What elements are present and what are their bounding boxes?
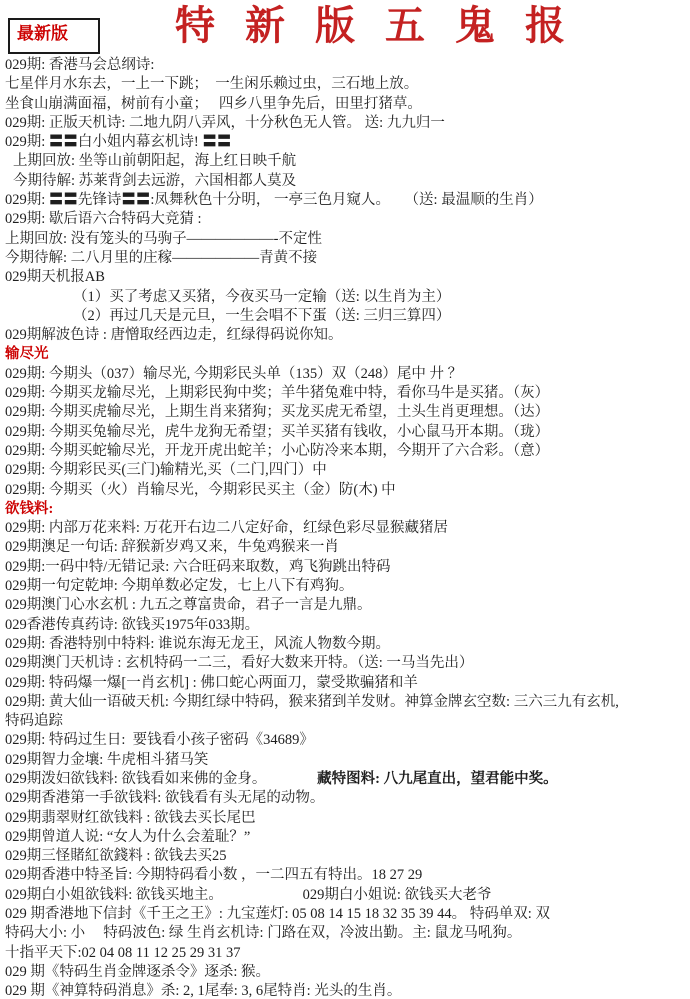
text-line: 029期翡翠财红欲钱料 : 欲钱去买长尾巴 [5,809,690,828]
text-line: 上期回放: 坐等山前朝阳起，海上红日映千航 [5,152,690,171]
line-text: 坐食山崩满面福，树前有小童； 四乡八里争先后，田里打猪草。 [5,96,422,112]
line-text: 029期香港中特圣旨: 今期特码看小数 ，一二四五有特出。18 27 29 [5,867,422,883]
text-line: 029期: 今期买龙输尽光，上期彩民狗中奖；羊牛猪兔难中特，看你马牛是买猪。（灰… [5,384,690,403]
line-text: 029 期《特码生肖金牌逐杀令》逐杀: 猴。 [5,964,270,980]
text-line: 029 期《神算特码消息》杀: 2, 1尾奉: 3, 6尾特肖: 光头的生肖。 [5,982,690,999]
latest-edition-badge: 最新版 [8,18,100,54]
text-line: 029期: 今期买虎输尽光，上期生肖来猪狗；买龙买虎无希望，土头生肖更理想。（达… [5,403,690,422]
line-text: 特码追踪 [5,713,63,729]
line-text: 029期: 特码爆一爆[一肖玄机] : 佛口蛇心两面刀，蒙受欺骗猪和羊 [5,675,418,691]
line-text: 029期泼妇欲钱料: 欲钱看如来佛的金身。 [5,771,317,787]
line-text: 输尽光 [5,346,49,362]
line-text: 上期回放: 坐等山前朝阳起，海上红日映千航 [13,153,296,169]
line-text: 029期: 今期头（037）输尽光, 今期彩民头单（135）双（248）尾中 廾… [5,366,462,382]
line-text: 029期: 今期买兔输尽光，虎牛龙狗无希望；买羊买猪有钱收，小心鼠马开本期。（珑… [5,424,549,440]
line-text: 十指平天下:02 04 08 11 12 25 29 31 37 [5,945,241,961]
text-line: 七星伴月水东去，一上一下跳； 一生闲乐赖过虫，三石地上放。 [5,75,690,94]
line-text: （1）买了考虑又买猪，今夜买马一定输（送: 以生肖为主） [73,289,450,305]
text-line: 029期: 今期买（火）肖输尽光，今期彩民买主（金）防(木) 中 [5,481,690,500]
text-line: 029期: 香港马会总纲诗: [5,56,690,75]
text-line: 029期香港第一手欲钱料: 欲钱看有头无尾的动物。 [5,789,690,808]
text-line: 坐食山崩满面福，树前有小童； 四乡八里争先后，田里打猪草。 [5,95,690,114]
text-line: 029期澳门天机诗 : 玄机特码一二三，看好大数来开特。（送: 一马当先出） [5,654,690,673]
text-line: 029期一句定乾坤: 今期单数必定发，七上八下有鸡狗。 [5,577,690,596]
text-line: 029期: 今期头（037）输尽光, 今期彩民头单（135）双（248）尾中 廾… [5,365,690,384]
line-text: 029期澳门心水玄机 : 九五之尊富贵命，君子一言是九鼎。 [5,597,372,613]
text-line: 029期: 〓〓先锋诗〓〓:凤舞秋色十分明， 一亭三色月窥人。 （送: 最温顺的… [5,191,690,210]
line-text: 上期回放: 没有笼头的马驹子——————-不定性 [5,231,322,247]
text-line: 029期天机报AB [5,268,690,287]
text-line: 029期解波色诗 : 唐憎取经西边走，红绿得码说你知。 [5,326,690,345]
text-line: 029期泼妇欲钱料: 欲钱看如来佛的金身。 藏特图料: 八九尾直出，望君能中奖。 [5,770,690,789]
text-line: 029 期香港地下信封《千王之王》: 九宝莲灯: 05 08 14 15 18 … [5,905,690,924]
text-line: 029期:一码中特/无错记录: 六合旺码来取数，鸡飞狗跳出特码 [5,558,690,577]
text-line: 今期待解: 二八月里的庄稼——————青黄不接 [5,249,690,268]
text-line: 029期: 特码过生日: 要钱看小孩子密码《34689》 [5,731,690,750]
text-line: 029期: 今期买兔输尽光，虎牛龙狗无希望；买羊买猪有钱收，小心鼠马开本期。（珑… [5,423,690,442]
text-line: （2）再过几天是元旦，一生会唱不下蛋（送: 三归三算四） [5,307,690,326]
line-text: 029期: 香港马会总纲诗: [5,57,154,73]
text-line: （1）买了考虑又买猪，今夜买马一定输（送: 以生肖为主） [5,288,690,307]
line-text: 029期: 今期彩民买(三门)输精光,买（二门,四门）中 [5,462,327,478]
line-text: 029期解波色诗 : 唐憎取经西边走，红绿得码说你知。 [5,327,343,343]
text-line: 029期: 内部万花来料: 万花开右边二八定好命，红绿色彩尽显猴藏猪居 [5,519,690,538]
line-text: 029香港传真药诗: 欲钱买1975年033期。 [5,617,259,633]
text-line: 029期曾道人说: “女人为什么会羞耻？” [5,828,690,847]
line-text: 029期澳门天机诗 : 玄机特码一二三，看好大数来开特。（送: 一马当先出） [5,655,473,671]
line-text-bold: 藏特图料: 八九尾直出，望君能中奖。 [317,771,557,787]
line-text: 029期: 内部万花来料: 万花开右边二八定好命，红绿色彩尽显猴藏猪居 [5,520,448,536]
line-text: 今期待解: 二八月里的庄稼——————青黄不接 [5,250,317,266]
page-header: 最新版 特 新 版 五 鬼 报 [0,0,690,54]
line-text: 029期曾道人说: “女人为什么会羞耻？” [5,829,250,845]
text-line: 029香港传真药诗: 欲钱买1975年033期。 [5,616,690,635]
line-text: 029期白小姐欲钱料: 欲钱买地主。 029期白小姐说: 欲钱买大老爷 [5,887,492,903]
line-text: 029期一句定乾坤: 今期单数必定发，七上八下有鸡狗。 [5,578,353,594]
text-line: 029期三怪賭紅欲錢料 : 欲钱去买25 [5,847,690,866]
line-text: 029期: 〓〓白小姐内幕玄机诗! 〓〓 [5,134,231,150]
section-heading: 欲钱料: [5,500,690,519]
line-text: 029期天机报AB [5,269,105,285]
text-line: 特码大小: 小 特码波色: 绿 生肖玄机诗: 门路在双，冷波出勤。主: 鼠龙马吼… [5,924,690,943]
line-text: 特码大小: 小 特码波色: 绿 生肖玄机诗: 门路在双，冷波出勤。主: 鼠龙马吼… [5,925,521,941]
text-line: 029期澳足一句话: 辞猴新岁鸡又来，牛兔鸡猴来一肖 [5,538,690,557]
content-body: 029期: 香港马会总纲诗:七星伴月水东去，一上一下跳； 一生闲乐赖过虫，三石地… [0,54,690,999]
line-text: 029期: 今期买龙输尽光，上期彩民狗中奖；羊牛猪兔难中特，看你马牛是买猪。（灰… [5,385,549,401]
text-line: 今期待解: 苏莱背剑去远游，六国相都人莫及 [5,172,690,191]
text-line: 029期: 歇后语六合特码大竞猜 : [5,210,690,229]
line-text: 029期: 今期买（火）肖输尽光，今期彩民买主（金）防(木) 中 [5,482,396,498]
line-text: 029期:一码中特/无错记录: 六合旺码来取数，鸡飞狗跳出特码 [5,559,390,575]
line-text: 029期: 歇后语六合特码大竞猜 : [5,211,202,227]
line-text: 029 期《神算特码消息》杀: 2, 1尾奉: 3, 6尾特肖: 光头的生肖。 [5,983,401,999]
line-text: 029期: 今期买虎输尽光，上期生肖来猪狗；买龙买虎无希望，土头生肖更理想。（达… [5,404,549,420]
line-text: 029期翡翠财红欲钱料 : 欲钱去买长尾巴 [5,810,256,826]
text-line: 029期: 〓〓白小姐内幕玄机诗! 〓〓 [5,133,690,152]
line-text: 029期: 特码过生日: 要钱看小孩子密码《34689》 [5,732,314,748]
text-line: 029期白小姐欲钱料: 欲钱买地主。 029期白小姐说: 欲钱买大老爷 [5,886,690,905]
line-text: 七星伴月水东去，一上一下跳； 一生闲乐赖过虫，三石地上放。 [5,76,418,92]
text-line: 029期香港中特圣旨: 今期特码看小数 ，一二四五有特出。18 27 29 [5,866,690,885]
line-text: 029期: 〓〓先锋诗〓〓:凤舞秋色十分明， 一亭三色月窥人。 （送: 最温顺的… [5,192,543,208]
line-text: 029期澳足一句话: 辞猴新岁鸡又来，牛兔鸡猴来一肖 [5,539,339,555]
section-heading: 输尽光 [5,345,690,364]
text-line: 029期: 今期买蛇输尽光，开龙开虎出蛇羊；小心防冷来本期，今期开了六合彩。（意… [5,442,690,461]
line-text: 029期: 正版天机诗: 二地九阴八弄风，十分秋色无人管。 送: 九九归一 [5,115,445,131]
text-line: 029期: 黄大仙一语破天机: 今期红绿中特码，猴来猪到羊发财。神算金牌玄空数:… [5,693,690,712]
text-line: 特码追踪 [5,712,690,731]
line-text: 029期: 今期买蛇输尽光，开龙开虎出蛇羊；小心防冷来本期，今期开了六合彩。（意… [5,443,549,459]
text-line: 029期智力金壤: 牛虎相斗猪马笑 [5,751,690,770]
text-line: 029期: 正版天机诗: 二地九阴八弄风，十分秋色无人管。 送: 九九归一 [5,114,690,133]
line-text: 欲钱料: [5,501,53,517]
text-line: 029期: 特码爆一爆[一肖玄机] : 佛口蛇心两面刀，蒙受欺骗猪和羊 [5,674,690,693]
line-text: （2）再过几天是元旦，一生会唱不下蛋（送: 三归三算四） [73,308,450,324]
line-text: 029期香港第一手欲钱料: 欲钱看有头无尾的动物。 [5,790,324,806]
line-text: 029期智力金壤: 牛虎相斗猪马笑 [5,752,208,768]
line-text: 029期三怪賭紅欲錢料 : 欲钱去买25 [5,848,227,864]
text-line: 029期: 今期彩民买(三门)输精光,买（二门,四门）中 [5,461,690,480]
line-text: 今期待解: 苏莱背剑去远游，六国相都人莫及 [13,173,296,189]
text-line: 029 期《特码生肖金牌逐杀令》逐杀: 猴。 [5,963,690,982]
line-text: 029期: 香港特别中特料: 谁说东海无龙王，风流人物数今期。 [5,636,390,652]
text-line: 十指平天下:02 04 08 11 12 25 29 31 37 [5,944,690,963]
text-line: 上期回放: 没有笼头的马驹子——————-不定性 [5,230,690,249]
text-line: 029期澳门心水玄机 : 九五之尊富贵命，君子一言是九鼎。 [5,596,690,615]
line-text: 029 期香港地下信封《千王之王》: 九宝莲灯: 05 08 14 15 18 … [5,906,550,922]
page-title: 特 新 版 五 鬼 报 [0,0,690,52]
text-line: 029期: 香港特别中特料: 谁说东海无龙王，风流人物数今期。 [5,635,690,654]
line-text: 029期: 黄大仙一语破天机: 今期红绿中特码，猴来猪到羊发财。神算金牌玄空数:… [5,694,619,710]
